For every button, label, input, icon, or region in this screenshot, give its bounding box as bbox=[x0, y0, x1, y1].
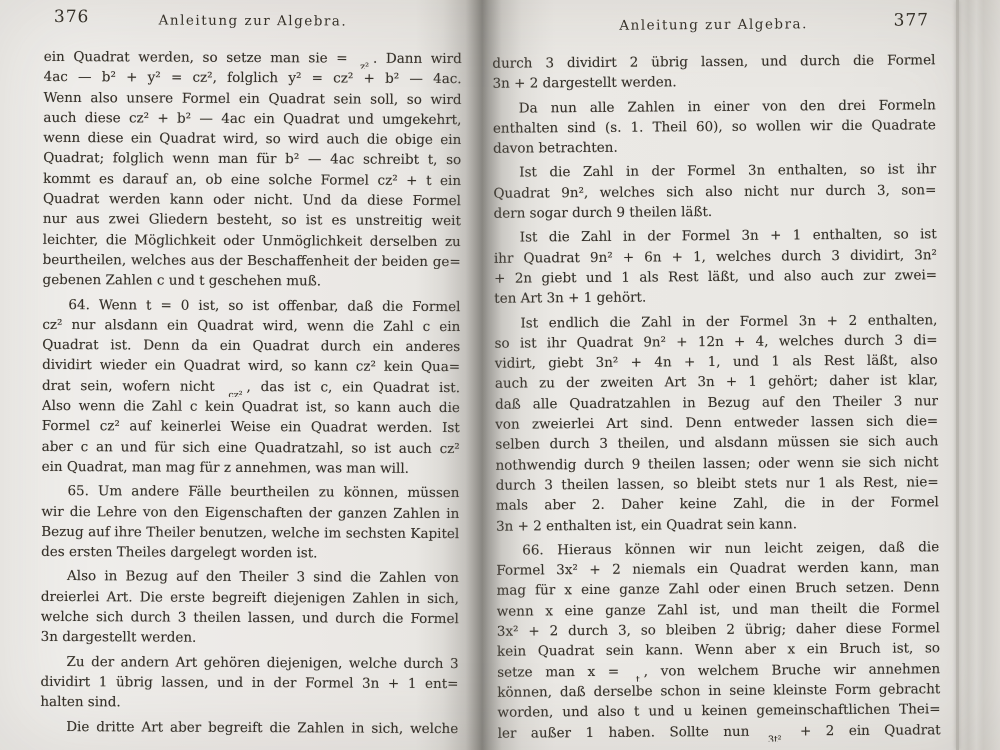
text-line: ten Art 3n + 1 gehört. bbox=[494, 286, 937, 310]
right-page-text: durch 3 dividirt 2 übrig lassen, und dur… bbox=[492, 50, 940, 743]
text-line: Bezug auf ihre Theiler benutzen, welche … bbox=[41, 522, 459, 544]
text-line: halten sind. bbox=[40, 692, 458, 714]
right-page: Anleitung zur Algebra. 377 durch 3 divid… bbox=[492, 10, 941, 743]
text-line: nur aus zwei Gliedern besteht, so ist es… bbox=[43, 209, 461, 231]
right-page-header: Anleitung zur Algebra. 377 bbox=[492, 10, 935, 39]
text-line: kommt es darauf an, ob eine solche Forme… bbox=[43, 169, 461, 191]
text-line: Die dritte Art aber begreift die Zahlen … bbox=[40, 716, 458, 738]
text-line: wenn diese ein Quadrat wird, so wird auc… bbox=[43, 128, 461, 150]
text-line: drat sein, wofern nicht cz²z², das ist c… bbox=[42, 376, 460, 398]
left-page: 376 Anleitung zur Algebra. ein Quadrat w… bbox=[40, 7, 462, 739]
text-line: Also in Bezug auf den Theiler 3 sind die… bbox=[41, 566, 459, 588]
text-line: Also wenn die Zahl c kein Quadrat ist, s… bbox=[42, 396, 460, 418]
text-line: davon betrachten. bbox=[493, 135, 936, 159]
text-line: gebenen Zahlen c und t geschehen muß. bbox=[43, 270, 461, 292]
text-line: auch diese cz² + b² — 4ac ein Quadrat un… bbox=[43, 108, 461, 130]
left-page-text: ein Quadrat werden, so setze man sie = z… bbox=[40, 47, 462, 739]
text-line: worden, und also t und u keinen gemeinsc… bbox=[497, 699, 940, 723]
page-number-left: 376 bbox=[54, 7, 90, 27]
text-line: Wenn also unsere Formel ein Quadrat sein… bbox=[43, 87, 461, 109]
text-line: dividirt wieder ein Quadrat wird, so kan… bbox=[42, 355, 460, 377]
text-line: 3n + 2 dargestellt werden. bbox=[492, 71, 935, 95]
page-edge-shadow bbox=[956, 0, 1000, 750]
text-line: dern sogar durch 9 theilen läßt. bbox=[493, 200, 936, 224]
text-line: leichter, die Möglichkeit oder Unmöglich… bbox=[43, 230, 461, 252]
text-line: welche sich durch 3 theilen lassen, und … bbox=[41, 607, 459, 629]
book-scan: 376 Anleitung zur Algebra. ein Quadrat w… bbox=[0, 0, 1000, 750]
page-edge-line bbox=[956, 0, 959, 750]
text-line: 4ac — b² + y² = cz², folglich y² = cz² +… bbox=[44, 67, 462, 89]
text-line: enthalten sind (s. 1. Theil 60), so woll… bbox=[493, 115, 936, 139]
text-line: aber c an und für sich eine Quadratzahl,… bbox=[42, 437, 460, 459]
text-line: 64. Wenn t = 0 ist, so ist offenbar, daß… bbox=[42, 294, 460, 316]
text-line: Formel cz² auf keinerlei Weise ein Quadr… bbox=[42, 416, 460, 438]
text-line: Quadrat 9n², welches sich also nicht nur… bbox=[493, 180, 936, 204]
text-line: cz² nur alsdann ein Quadrat wird, wenn d… bbox=[42, 315, 460, 337]
text-line: beurtheilen, welches aus der Beschaffenh… bbox=[43, 250, 461, 272]
text-line: des ersten Theiles dargelegt worden ist. bbox=[41, 542, 459, 564]
text-line: Quadrat ist. Denn da ein Quadrat durch e… bbox=[42, 335, 460, 357]
text-line: Quadrat werden kann oder nicht. Und da d… bbox=[43, 189, 461, 211]
text-line: Zu der andern Art gehören diejenigen, we… bbox=[41, 652, 459, 674]
page-number-right: 377 bbox=[894, 10, 930, 30]
text-line: ler außer 1 haben. Sollte nun 3t²u² + 2 … bbox=[498, 720, 941, 744]
text-line: ein Quadrat, man mag für z annehmen, was… bbox=[42, 457, 460, 479]
text-line: ein Quadrat werden, so setze man sie = z… bbox=[44, 47, 462, 69]
text-line: dreierlei Art. Die erste begreift diejen… bbox=[41, 587, 459, 609]
text-line: wir die Lehre von den Eigenschaften der … bbox=[41, 501, 459, 523]
text-line: dividirt 1 übrig lassen, und in der Form… bbox=[40, 672, 458, 694]
fraction: 3t²u² bbox=[766, 735, 784, 744]
text-line: 3n dargestellt werden. bbox=[41, 627, 459, 649]
running-title-right: Anleitung zur Algebra. bbox=[492, 10, 935, 34]
left-page-header: 376 Anleitung zur Algebra. bbox=[44, 7, 462, 35]
running-title-left: Anleitung zur Algebra. bbox=[44, 7, 462, 30]
text-line: + 2n giebt und 1 als Rest läßt, und also… bbox=[494, 265, 937, 289]
text-line: durch 3 dividirt 2 übrig lassen, und dur… bbox=[492, 50, 935, 74]
text-line: 65. Um andere Fälle beurtheilen zu könne… bbox=[41, 481, 459, 503]
text-line: Quadrat; folglich wenn man für b² — 4ac … bbox=[43, 148, 461, 170]
text-line: mals aber 2. Daher keine Zahl, die in de… bbox=[496, 492, 939, 516]
text-line: 3n + 2 enthalten ist, ein Quadrat sein k… bbox=[496, 513, 939, 537]
